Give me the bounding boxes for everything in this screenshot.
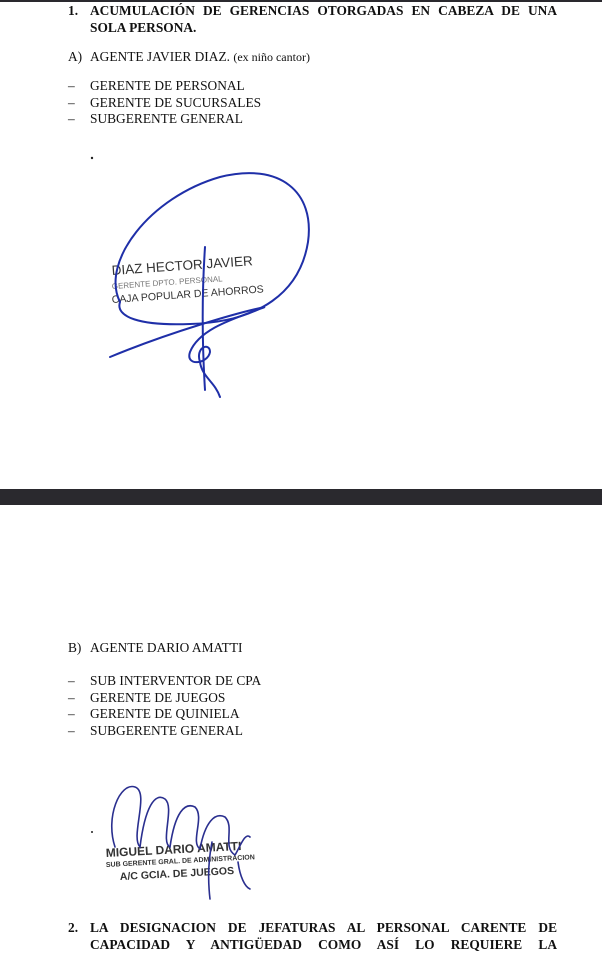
list-item: –GERENTE DE SUCURSALES	[68, 95, 261, 112]
list-item: –SUBGERENTE GENERAL	[68, 723, 261, 740]
dash-bullet: –	[68, 690, 90, 707]
agent-b-roles-list: –SUB INTERVENTOR DE CPA–GERENTE DE JUEGO…	[68, 673, 261, 739]
document-page-2: B) AGENTE DARIO AMATTI –SUB INTERVENTOR …	[0, 505, 602, 954]
agent-label: B)	[68, 640, 90, 656]
role-text: SUB INTERVENTOR DE CPA	[90, 673, 261, 690]
page-separator	[0, 489, 602, 505]
role-text: GERENTE DE PERSONAL	[90, 78, 245, 95]
agent-label: A)	[68, 49, 90, 65]
list-item: –GERENTE DE PERSONAL	[68, 78, 261, 95]
dash-bullet: –	[68, 111, 90, 128]
list-item: –SUBGERENTE GENERAL	[68, 111, 261, 128]
role-text: GERENTE DE QUINIELA	[90, 706, 240, 723]
document-page-1: 1. ACUMULACIÓN DE GERENCIAS OTORGADAS EN…	[0, 2, 602, 489]
list-item: –SUB INTERVENTOR DE CPA	[68, 673, 261, 690]
signature-b: MIGUEL DARIO AMATTI SUB GERENTE GRAL. DE…	[90, 777, 270, 902]
section-2-heading: 2. LA DESIGNACION DE JEFATURAS AL PERSON…	[68, 920, 557, 953]
role-text: GERENTE DE JUEGOS	[90, 690, 225, 707]
section-title: LA DESIGNACION DE JEFATURAS AL PERSONAL …	[90, 920, 557, 953]
dash-bullet: –	[68, 706, 90, 723]
section-title: ACUMULACIÓN DE GERENCIAS OTORGADAS EN CA…	[90, 3, 557, 36]
list-item: –GERENTE DE QUINIELA	[68, 706, 261, 723]
agent-note: (ex niño cantor)	[233, 50, 310, 64]
agent-name: AGENTE JAVIER DIAZ. (ex niño cantor)	[90, 49, 310, 65]
agent-a-roles-list: –GERENTE DE PERSONAL–GERENTE DE SUCURSAL…	[68, 78, 261, 128]
section-1-heading: 1. ACUMULACIÓN DE GERENCIAS OTORGADAS EN…	[68, 3, 557, 36]
section-number: 2.	[68, 920, 90, 953]
dash-bullet: –	[68, 673, 90, 690]
stamp-org: A/C GCIA. DE JUEGOS	[120, 865, 235, 883]
role-text: GERENTE DE SUCURSALES	[90, 95, 261, 112]
list-item: –GERENTE DE JUEGOS	[68, 690, 261, 707]
role-text: SUBGERENTE GENERAL	[90, 111, 243, 128]
dash-bullet: –	[68, 95, 90, 112]
agent-name: AGENTE DARIO AMATTI	[90, 640, 243, 656]
dash-bullet: –	[68, 78, 90, 95]
dash-bullet: –	[68, 723, 90, 740]
role-text: SUBGERENTE GENERAL	[90, 723, 243, 740]
stamp-name: DIAZ HECTOR JAVIER	[111, 253, 253, 278]
section-number: 1.	[68, 3, 90, 36]
signature-a: DIAZ HECTOR JAVIER GERENTE DPTO. PERSONA…	[90, 152, 330, 402]
agent-b-heading: B) AGENTE DARIO AMATTI	[68, 640, 243, 656]
agent-a-heading: A) AGENTE JAVIER DIAZ. (ex niño cantor)	[68, 49, 310, 65]
